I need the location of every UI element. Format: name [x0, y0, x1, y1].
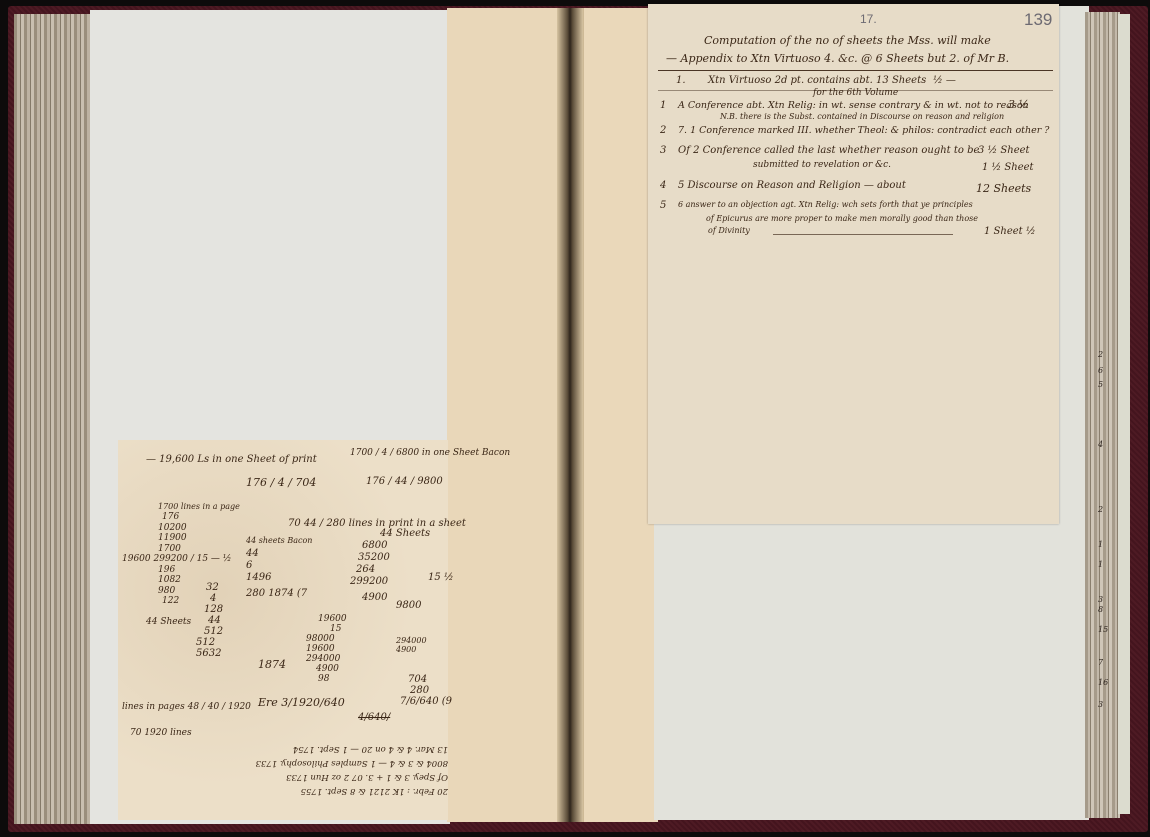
page-number: 17.: [860, 12, 877, 26]
calc-value: 5632: [196, 648, 223, 659]
calc-value: 19600: [306, 644, 347, 654]
entry-text: for the 6th Volume: [813, 88, 898, 98]
edge-number: 4: [1098, 440, 1103, 449]
calc-value: 1874: [258, 658, 286, 671]
calc-column: 32 4 128 44 512 512 5632: [196, 582, 223, 659]
manuscript-sheet-computation: 17. 139 Computation of the no of sheets …: [648, 4, 1059, 524]
entry-amount: 1 Sheet ½: [984, 226, 1036, 237]
calc-note: — 19,600 Ls in one Sheet of print: [146, 454, 317, 465]
calc-column: 44 6 1496 280 1874 (7: [246, 548, 307, 600]
edge-number: 8: [1098, 605, 1103, 614]
calc-note: 70 1920 lines: [130, 728, 192, 738]
calc-value: 294000: [396, 636, 427, 645]
calc-value: 128: [196, 604, 223, 615]
edge-number: 5: [1098, 380, 1103, 389]
entry-amount: 1 ½ Sheet: [982, 162, 1034, 173]
calc-value: 19600 299200 / 15 — ½: [122, 554, 232, 565]
calc-note: 176 / 44 / 9800: [366, 476, 443, 487]
calc-value: 280 1874 (7: [246, 588, 307, 600]
calc-value: 1496: [246, 572, 307, 584]
calc-value: 4900: [306, 664, 347, 674]
entry-text: submitted to revelation or &c.: [753, 160, 891, 170]
divider: [773, 234, 953, 235]
calc-value: 294000: [306, 654, 347, 664]
calc-value: 264: [340, 564, 430, 576]
left-mount-guard: [447, 8, 559, 822]
edge-number: 1: [1098, 540, 1103, 549]
calc-value: 19600: [306, 614, 347, 624]
entry-text: 7. 1 Conference marked III. whether Theo…: [678, 125, 1049, 136]
entry-number: 1.: [676, 75, 686, 86]
edge-number: 2: [1098, 350, 1103, 359]
inverted-line: Of Spey. 3 & 1 + 3. 07 2 oz Hun 1733: [158, 770, 448, 784]
edge-number: 15: [1098, 625, 1108, 634]
calc-note: 176 / 4 / 704: [246, 476, 316, 489]
calc-value: 44 Sheets: [340, 528, 430, 540]
manuscript-sheet-calculations: — 19,600 Ls in one Sheet of print 1700 /…: [118, 440, 448, 820]
entry-amount: 3 ½ Sheet: [978, 145, 1030, 156]
calc-value: 1700: [122, 544, 232, 555]
entry-number: 4: [660, 180, 666, 191]
calc-value: 6800: [340, 540, 430, 552]
calc-value: 176: [122, 512, 232, 523]
edge-number: 3: [1098, 700, 1103, 709]
calc-value: 4: [196, 593, 223, 604]
folio-number: 139: [1024, 10, 1052, 30]
calc-value: 10200: [122, 523, 232, 534]
edge-number: 7: [1098, 658, 1103, 667]
entry-number: 2: [660, 125, 666, 136]
calc-note: lines in pages 48 / 40 / 1920: [122, 702, 251, 712]
entry-number: 1: [660, 100, 666, 111]
calc-value: 15 ½: [428, 572, 454, 583]
left-page-edges: [14, 14, 92, 824]
calc-value: 280: [400, 685, 452, 696]
calc-column: 294000 4900: [396, 636, 427, 654]
calc-note: 1700 / 4 / 6800 in one Sheet Bacon: [350, 448, 510, 458]
calc-value: 299200: [340, 576, 430, 588]
entry-amount: 12 Sheets: [976, 182, 1031, 195]
calc-value: 15: [306, 624, 347, 634]
right-mount-guard: [583, 8, 658, 822]
calc-column: 704 280 7/6/640 (9: [400, 674, 452, 707]
sheet-heading: Computation of the no of sheets the Mss.…: [704, 34, 991, 47]
calc-value: 6: [246, 560, 307, 572]
calc-column: 19600 15 98000 19600 294000 4900 98: [306, 614, 347, 684]
entry-text: N.B. there is the Subst. contained in Di…: [720, 112, 1004, 121]
inverted-line: 20 Febr. : 1K 2121 & 8 Sept. 1755: [158, 784, 448, 798]
calc-value: 4900: [396, 645, 427, 654]
calc-value: 704: [400, 674, 452, 685]
entry-amount: ½ —: [933, 75, 956, 86]
book-gutter: [557, 8, 583, 822]
entry-amount: 3 ½: [1008, 98, 1029, 111]
calc-note: 44 sheets Bacon: [246, 536, 312, 545]
divider: [658, 70, 1053, 71]
inverted-line: 13 Mar. 4 & 4 on 20 — 1 Sept. 1754: [158, 742, 448, 756]
calc-note: Ere 3/1920/640: [258, 696, 345, 709]
calc-value: 35200: [340, 552, 430, 564]
calc-column: 44 Sheets 6800 35200 264 299200 4900: [340, 528, 430, 604]
edge-number: 16: [1098, 678, 1108, 687]
calc-value: 44: [246, 548, 307, 560]
calc-note: 1700 lines in a page: [158, 502, 240, 511]
entry-text: Xtn Virtuoso 2d pt. contains abt. 13 She…: [708, 75, 926, 86]
edge-number-list: 2 6 5 4 2 1 1 3 8 15 7 16 3: [1098, 340, 1112, 720]
entry-text: of Epicurus are more proper to make men …: [706, 214, 978, 223]
edge-number: 1: [1098, 560, 1103, 569]
inverted-line: 8004 & 3 & 4 — 1 Samples Philosophy. 173…: [158, 756, 448, 770]
edge-number: 3: [1098, 595, 1103, 604]
calc-value: 98000: [306, 634, 347, 644]
calc-value: 11900: [122, 533, 232, 544]
sheet-subheading: — Appendix to Xtn Virtuoso 4. &c. @ 6 Sh…: [666, 52, 1009, 65]
calc-value: 7/6/640 (9: [400, 696, 452, 707]
inverted-notes: 20 Febr. : 1K 2121 & 8 Sept. 1755 Of Spe…: [158, 742, 448, 798]
entry-text: A Conference abt. Xtn Relig: in wt. sens…: [678, 100, 1029, 111]
calc-note-struck: 4/640/: [358, 712, 390, 723]
calc-value: 9800: [396, 600, 421, 611]
edge-number: 2: [1098, 505, 1103, 514]
entry-text: 5 Discourse on Reason and Religion — abo…: [678, 180, 906, 191]
edge-number: 6: [1098, 366, 1103, 375]
calc-value: 44: [196, 615, 223, 626]
entry-number: 5: [660, 200, 666, 211]
calc-value: 512: [196, 637, 223, 648]
entry-text: 6 answer to an objection agt. Xtn Relig:…: [678, 200, 973, 209]
calc-value: 196: [122, 565, 232, 576]
entry-text: Of 2 Conference called the last whether …: [678, 145, 979, 156]
entry-text: of Divinity: [708, 226, 750, 235]
entry-number: 3: [660, 145, 666, 156]
right-endpaper-strip: [1118, 14, 1130, 814]
calc-value: 98: [306, 674, 347, 684]
calc-value: 512: [196, 626, 223, 637]
calc-value: 32: [196, 582, 223, 593]
